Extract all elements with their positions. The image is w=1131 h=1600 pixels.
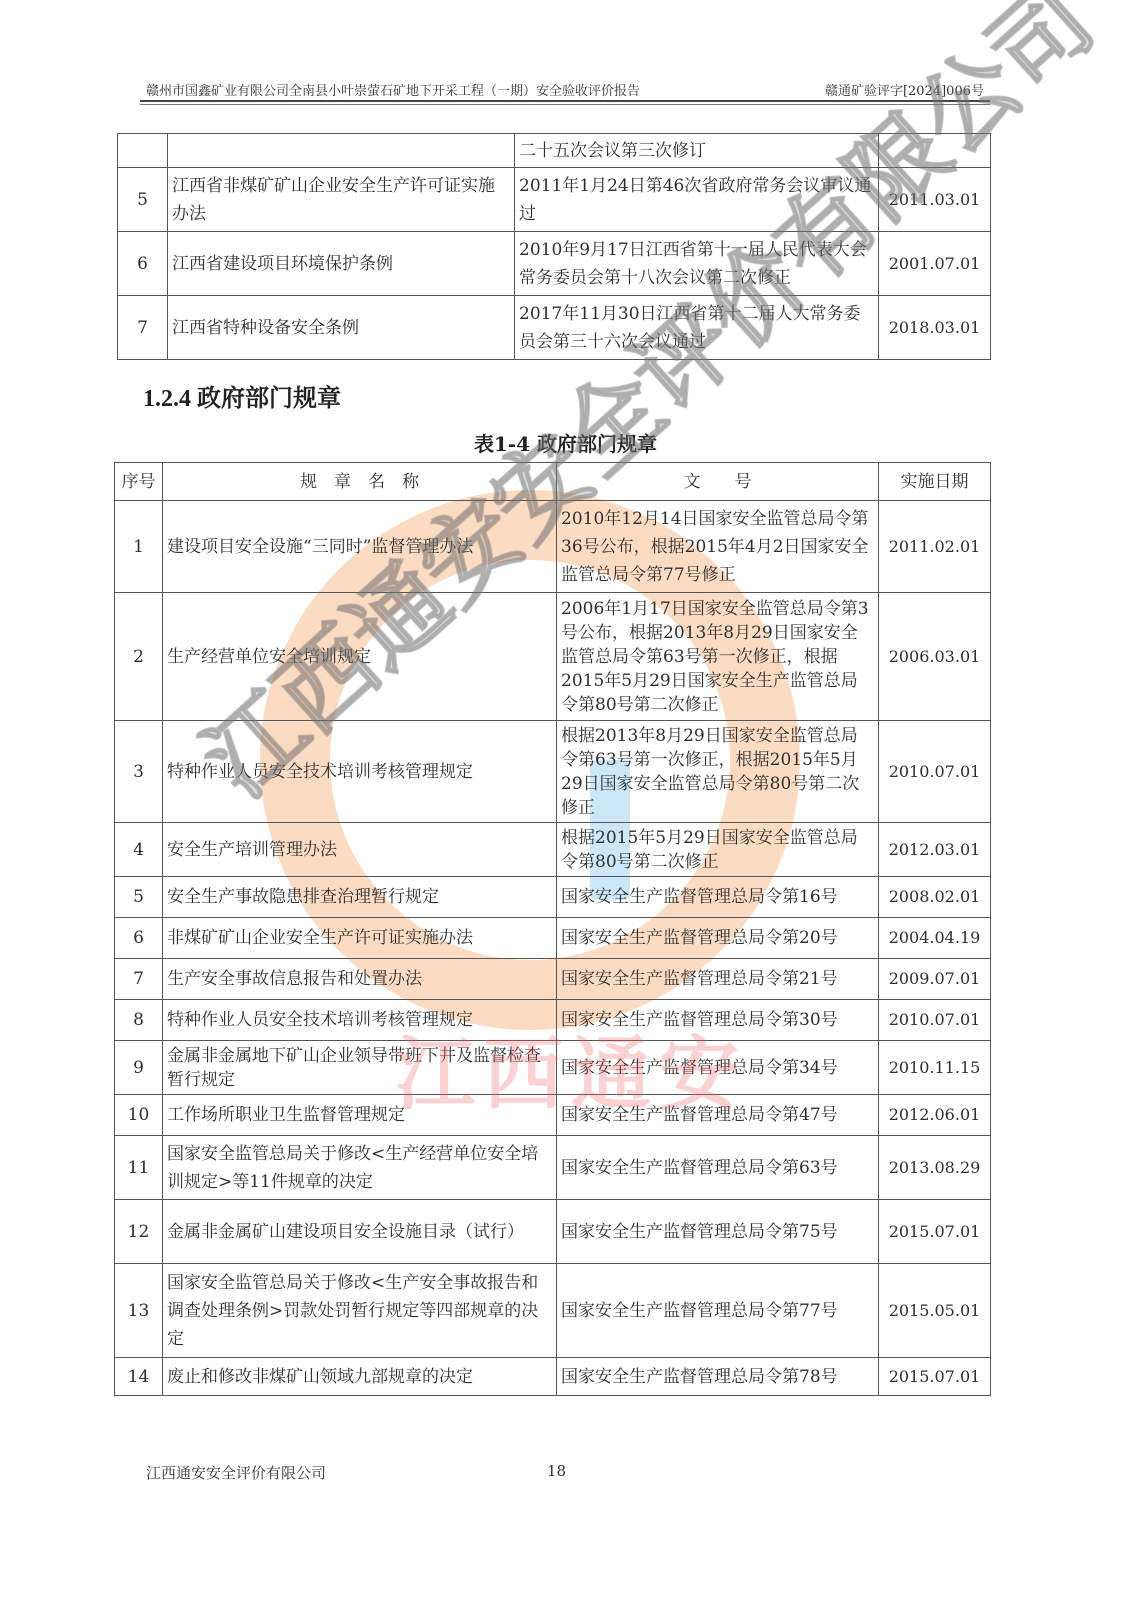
row-date: 2010.07.01 xyxy=(879,721,991,823)
regulations-table-continued: 二十五次会议第三次修订 5 江西省非煤矿矿山企业安全生产许可证实施办法 2011… xyxy=(117,133,991,360)
row-name: 江西省非煤矿矿山企业安全生产许可证实施办法 xyxy=(168,168,515,232)
row-date: 2012.03.01 xyxy=(879,823,991,877)
row-name xyxy=(168,134,515,168)
government-regulations-table: 序号 规 章 名 称 文 号 实施日期 1 建设项目安全设施“三同时”监督管理办… xyxy=(114,462,991,1396)
row-date: 2015.07.01 xyxy=(879,1200,991,1264)
row-date: 2010.07.01 xyxy=(879,1000,991,1041)
row-doc: 2006年1月17日国家安全监管总局令第3号公布，根据2013年8月29日国家安… xyxy=(557,593,879,721)
row-number: 7 xyxy=(115,959,163,1000)
row-name: 安全生产事故隐患排查治理暂行规定 xyxy=(163,877,557,918)
row-doc: 国家安全生产监督管理总局令第34号 xyxy=(557,1041,879,1095)
table-caption: 表1-4 政府部门规章 xyxy=(0,428,1131,457)
row-name: 生产安全事故信息报告和处置办法 xyxy=(163,959,557,1000)
row-number: 8 xyxy=(115,1000,163,1041)
table-row: 5 江西省非煤矿矿山企业安全生产许可证实施办法 2011年1月24日第46次省政… xyxy=(118,168,991,232)
row-doc: 2010年9月17日江西省第十一届人民代表大会常务委员会第十八次会议第二次修正 xyxy=(515,232,879,296)
row-name: 建设项目安全设施“三同时”监督管理办法 xyxy=(163,501,557,593)
row-doc: 国家安全生产监督管理总局令第21号 xyxy=(557,959,879,1000)
table-row: 3 特种作业人员安全技术培训考核管理规定 根据2013年8月29日国家安全监管总… xyxy=(115,721,991,823)
row-date: 2011.03.01 xyxy=(879,168,991,232)
row-doc: 国家安全生产监督管理总局令第75号 xyxy=(557,1200,879,1264)
footer-company: 江西通安安全评价有限公司 xyxy=(146,1462,326,1483)
table-row: 8 特种作业人员安全技术培训考核管理规定 国家安全生产监督管理总局令第30号 2… xyxy=(115,1000,991,1041)
row-date: 2009.07.01 xyxy=(879,959,991,1000)
report-doc-number: 赣通矿验评字[2024]006号 xyxy=(825,80,984,99)
row-number: 14 xyxy=(115,1358,163,1396)
header-date: 实施日期 xyxy=(879,463,991,501)
row-date: 2013.08.29 xyxy=(879,1136,991,1200)
row-doc: 国家安全生产监督管理总局令第78号 xyxy=(557,1358,879,1396)
row-doc: 国家安全生产监督管理总局令第77号 xyxy=(557,1264,879,1358)
table-row: 4 安全生产培训管理办法 根据2015年5月29日国家安全监管总局令第80号第二… xyxy=(115,823,991,877)
row-name: 金属非金属地下矿山企业领导带班下井及监督检查暂行规定 xyxy=(163,1041,557,1095)
row-name: 国家安全监管总局关于修改<生产安全事故报告和调查处理条例>罚款处罚暂行规定等四部… xyxy=(163,1264,557,1358)
row-date xyxy=(879,134,991,168)
row-number: 5 xyxy=(115,877,163,918)
row-date: 2015.07.01 xyxy=(879,1358,991,1396)
row-number: 6 xyxy=(118,232,168,296)
row-number: 1 xyxy=(115,501,163,593)
row-number: 4 xyxy=(115,823,163,877)
row-doc: 国家安全生产监督管理总局令第30号 xyxy=(557,1000,879,1041)
page-number: 18 xyxy=(547,1462,566,1480)
row-number: 7 xyxy=(118,296,168,360)
row-number: 3 xyxy=(115,721,163,823)
row-doc: 国家安全生产监督管理总局令第63号 xyxy=(557,1136,879,1200)
table-row: 14 废止和修改非煤矿山领域九部规章的决定 国家安全生产监督管理总局令第78号 … xyxy=(115,1358,991,1396)
table-row: 2 生产经营单位安全培训规定 2006年1月17日国家安全监管总局令第3号公布，… xyxy=(115,593,991,721)
header-doc: 文 号 xyxy=(557,463,879,501)
header-rule xyxy=(140,100,990,102)
row-number: 12 xyxy=(115,1200,163,1264)
page-header: 赣州市国鑫矿业有限公司全南县小叶崇萤石矿地下开采工程（一期）安全验收评价报告 赣… xyxy=(146,80,984,98)
table-row: 7 江西省特种设备安全条例 2017年11月30日江西省第十二届人大常务委员会第… xyxy=(118,296,991,360)
row-doc: 根据2015年5月29日国家安全监管总局令第80号第二次修正 xyxy=(557,823,879,877)
row-doc: 国家安全生产监督管理总局令第20号 xyxy=(557,918,879,959)
row-name: 废止和修改非煤矿山领域九部规章的决定 xyxy=(163,1358,557,1396)
row-number: 2 xyxy=(115,593,163,721)
row-name: 非煤矿矿山企业安全生产许可证实施办法 xyxy=(163,918,557,959)
row-number: 6 xyxy=(115,918,163,959)
row-number: 13 xyxy=(115,1264,163,1358)
row-doc: 根据2013年8月29日国家安全监管总局令第63号第一次修正，根据2015年5月… xyxy=(557,721,879,823)
row-number xyxy=(118,134,168,168)
row-doc: 国家安全生产监督管理总局令第16号 xyxy=(557,877,879,918)
row-name: 江西省建设项目环境保护条例 xyxy=(168,232,515,296)
table-row: 6 非煤矿矿山企业安全生产许可证实施办法 国家安全生产监督管理总局令第20号 2… xyxy=(115,918,991,959)
row-date: 2018.03.01 xyxy=(879,296,991,360)
header-name: 规 章 名 称 xyxy=(163,463,557,501)
table-row: 11 国家安全监管总局关于修改<生产经营单位安全培训规定>等11件规章的决定 国… xyxy=(115,1136,991,1200)
row-name: 江西省特种设备安全条例 xyxy=(168,296,515,360)
row-date: 2006.03.01 xyxy=(879,593,991,721)
table-row: 10 工作场所职业卫生监督管理规定 国家安全生产监督管理总局令第47号 2012… xyxy=(115,1095,991,1136)
header-rule-thin xyxy=(140,104,990,105)
table-row: 二十五次会议第三次修订 xyxy=(118,134,991,168)
row-date: 2010.11.15 xyxy=(879,1041,991,1095)
header-number: 序号 xyxy=(115,463,163,501)
row-date: 2012.06.01 xyxy=(879,1095,991,1136)
table-row: 12 金属非金属矿山建设项目安全设施目录（试行） 国家安全生产监督管理总局令第7… xyxy=(115,1200,991,1264)
row-number: 11 xyxy=(115,1136,163,1200)
row-doc: 国家安全生产监督管理总局令第47号 xyxy=(557,1095,879,1136)
row-doc: 2011年1月24日第46次省政府常务会议审议通过 xyxy=(515,168,879,232)
row-date: 2015.05.01 xyxy=(879,1264,991,1358)
row-doc: 2010年12月14日国家安全监管总局令第36号公布，根据2015年4月2日国家… xyxy=(557,501,879,593)
row-date: 2011.02.01 xyxy=(879,501,991,593)
row-name: 工作场所职业卫生监督管理规定 xyxy=(163,1095,557,1136)
row-doc: 二十五次会议第三次修订 xyxy=(515,134,879,168)
row-number: 10 xyxy=(115,1095,163,1136)
row-name: 安全生产培训管理办法 xyxy=(163,823,557,877)
table-row: 7 生产安全事故信息报告和处置办法 国家安全生产监督管理总局令第21号 2009… xyxy=(115,959,991,1000)
table-row: 5 安全生产事故隐患排查治理暂行规定 国家安全生产监督管理总局令第16号 200… xyxy=(115,877,991,918)
row-date: 2004.04.19 xyxy=(879,918,991,959)
row-name: 特种作业人员安全技术培训考核管理规定 xyxy=(163,1000,557,1041)
row-date: 2001.07.01 xyxy=(879,232,991,296)
row-name: 特种作业人员安全技术培训考核管理规定 xyxy=(163,721,557,823)
table-row: 6 江西省建设项目环境保护条例 2010年9月17日江西省第十一届人民代表大会常… xyxy=(118,232,991,296)
row-name: 金属非金属矿山建设项目安全设施目录（试行） xyxy=(163,1200,557,1264)
table-row: 9 金属非金属地下矿山企业领导带班下井及监督检查暂行规定 国家安全生产监督管理总… xyxy=(115,1041,991,1095)
row-name: 国家安全监管总局关于修改<生产经营单位安全培训规定>等11件规章的决定 xyxy=(163,1136,557,1200)
row-name: 生产经营单位安全培训规定 xyxy=(163,593,557,721)
table-row: 1 建设项目安全设施“三同时”监督管理办法 2010年12月14日国家安全监管总… xyxy=(115,501,991,593)
section-heading: 1.2.4 政府部门规章 xyxy=(143,378,341,413)
report-title: 赣州市国鑫矿业有限公司全南县小叶崇萤石矿地下开采工程（一期）安全验收评价报告 xyxy=(146,80,640,99)
table-row: 13 国家安全监管总局关于修改<生产安全事故报告和调查处理条例>罚款处罚暂行规定… xyxy=(115,1264,991,1358)
row-number: 9 xyxy=(115,1041,163,1095)
row-date: 2008.02.01 xyxy=(879,877,991,918)
table-header-row: 序号 规 章 名 称 文 号 实施日期 xyxy=(115,463,991,501)
row-doc: 2017年11月30日江西省第十二届人大常务委员会第三十六次会议通过 xyxy=(515,296,879,360)
row-number: 5 xyxy=(118,168,168,232)
